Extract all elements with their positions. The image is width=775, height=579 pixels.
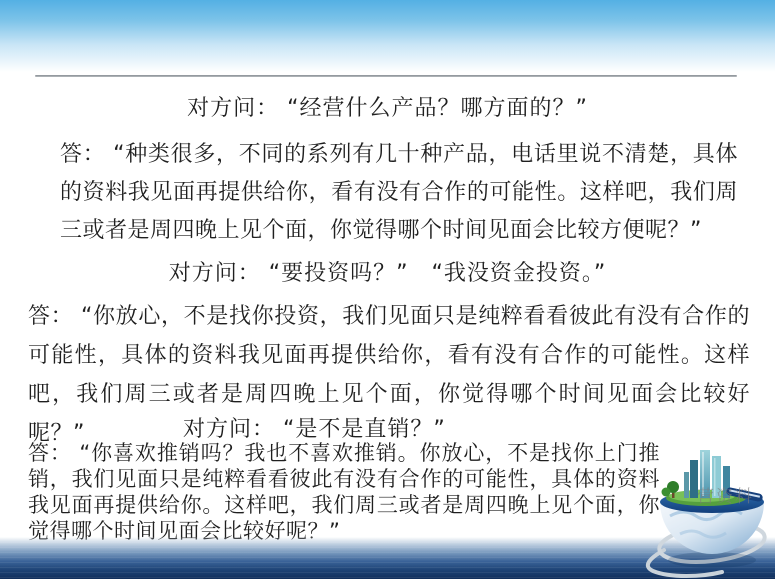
presentation-slide: 对方问： “经营什么产品？哪方面的？” 答： “种类很多，不同的系列有几十种产品… xyxy=(0,0,775,579)
globe-city-icon xyxy=(640,444,775,579)
watermark-text: 营资料 xyxy=(697,482,754,507)
answer-paragraph-3: 答： “你喜欢推销吗？我也不喜欢推销。你放心，不是找你上门推销，我们见面只是纯粹… xyxy=(28,440,660,544)
question-heading-1: 对方问： “经营什么产品？哪方面的？” xyxy=(0,91,775,122)
answer-paragraph-1: 答： “种类很多，不同的系列有几十种产品，电话里说不清楚，具体的资料我见面再提供… xyxy=(60,136,738,250)
top-gradient-decoration xyxy=(0,0,775,72)
question-heading-3: 对方问： “是不是直销？” xyxy=(183,412,446,443)
question-heading-2: 对方问： “要投资吗？” “我没资金投资。” xyxy=(0,256,775,287)
divider-line xyxy=(35,75,737,77)
